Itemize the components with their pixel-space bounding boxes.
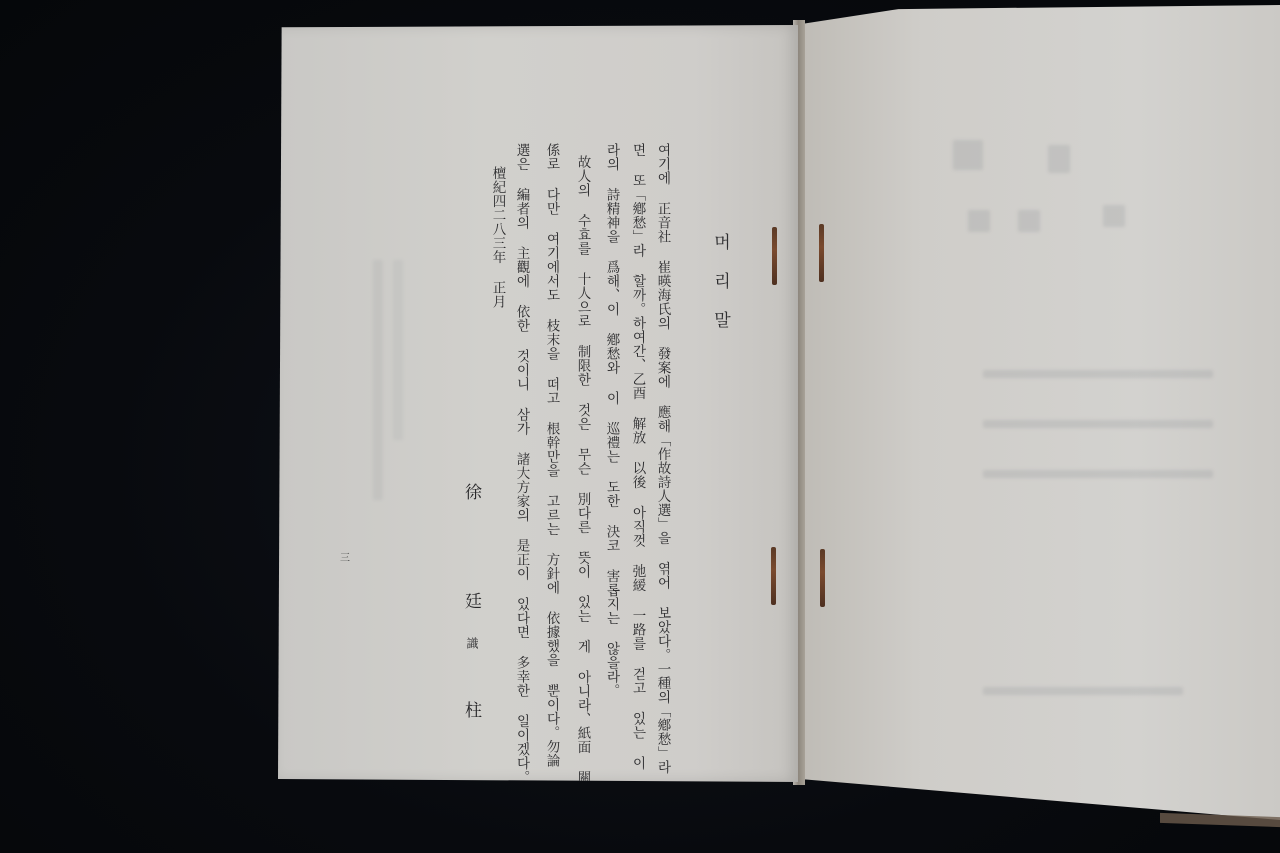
page-number: 三: [340, 549, 350, 564]
bleed-through-line: [983, 370, 1213, 378]
bleed-through-line: [983, 420, 1213, 428]
bleed-through-line: [983, 687, 1183, 695]
author-mark: 識: [466, 637, 478, 650]
bleed-through-mark: [1103, 205, 1125, 227]
book-photo-scene: 머리말 여기에 正音社 崔暎海氏의 發案에 應해「作故詩人選」을 엮어 보았다。…: [0, 0, 1280, 853]
body-column-2: 면 또「鄕愁」라 할까。하여간、乙酉 解放 以後 아직껏 弛緩 一路를 걷고 있…: [630, 143, 644, 801]
binding-stitch: [819, 224, 824, 282]
body-column-6: 選은 編者의 主觀에 依한 것이니 삼가 諸大方家의 是正이 있다면 多幸한 일…: [514, 143, 528, 784]
binding-stitch: [771, 547, 776, 605]
bleed-through-mark: [1048, 145, 1070, 173]
body-column-1: 여기에 正音社 崔暎海氏의 發案에 應해「作故詩人選」을 엮어 보았다。一種의「…: [655, 143, 669, 774]
bleed-through-mark: [953, 140, 983, 170]
bleed-through-mark: [1018, 210, 1040, 232]
right-page: [803, 5, 1280, 820]
date-line: 檀紀四二八三年 正月: [490, 166, 504, 309]
binding-stitch: [820, 549, 825, 607]
bleed-through-line: [393, 260, 403, 440]
binding-stitch: [772, 227, 777, 285]
body-column-3: 라의 詩精神을 爲해、이 鄕愁와 이 巡禮는 도한 決코 害롭지는 않을라。: [604, 143, 618, 698]
body-column-4: 故人의 수효를 十人으로 制限한 것은 무슨 別다른 뜻이 있는 게 아니라、紙…: [575, 155, 589, 785]
preface-title: 머리말: [711, 233, 728, 350]
bleed-through-line: [983, 470, 1213, 478]
body-column-5: 係로 다만 여기에서도 枝末을 떠고 根幹만을 고르는 方針에 依據했을 뿐이다…: [544, 143, 558, 798]
bleed-through-line: [373, 260, 383, 500]
bleed-through-mark: [968, 210, 990, 232]
author-signature: 徐 廷 柱: [462, 483, 479, 754]
left-page: 머리말 여기에 正音社 崔暎海氏의 發案에 應해「作故詩人選」을 엮어 보았다。…: [278, 25, 798, 782]
